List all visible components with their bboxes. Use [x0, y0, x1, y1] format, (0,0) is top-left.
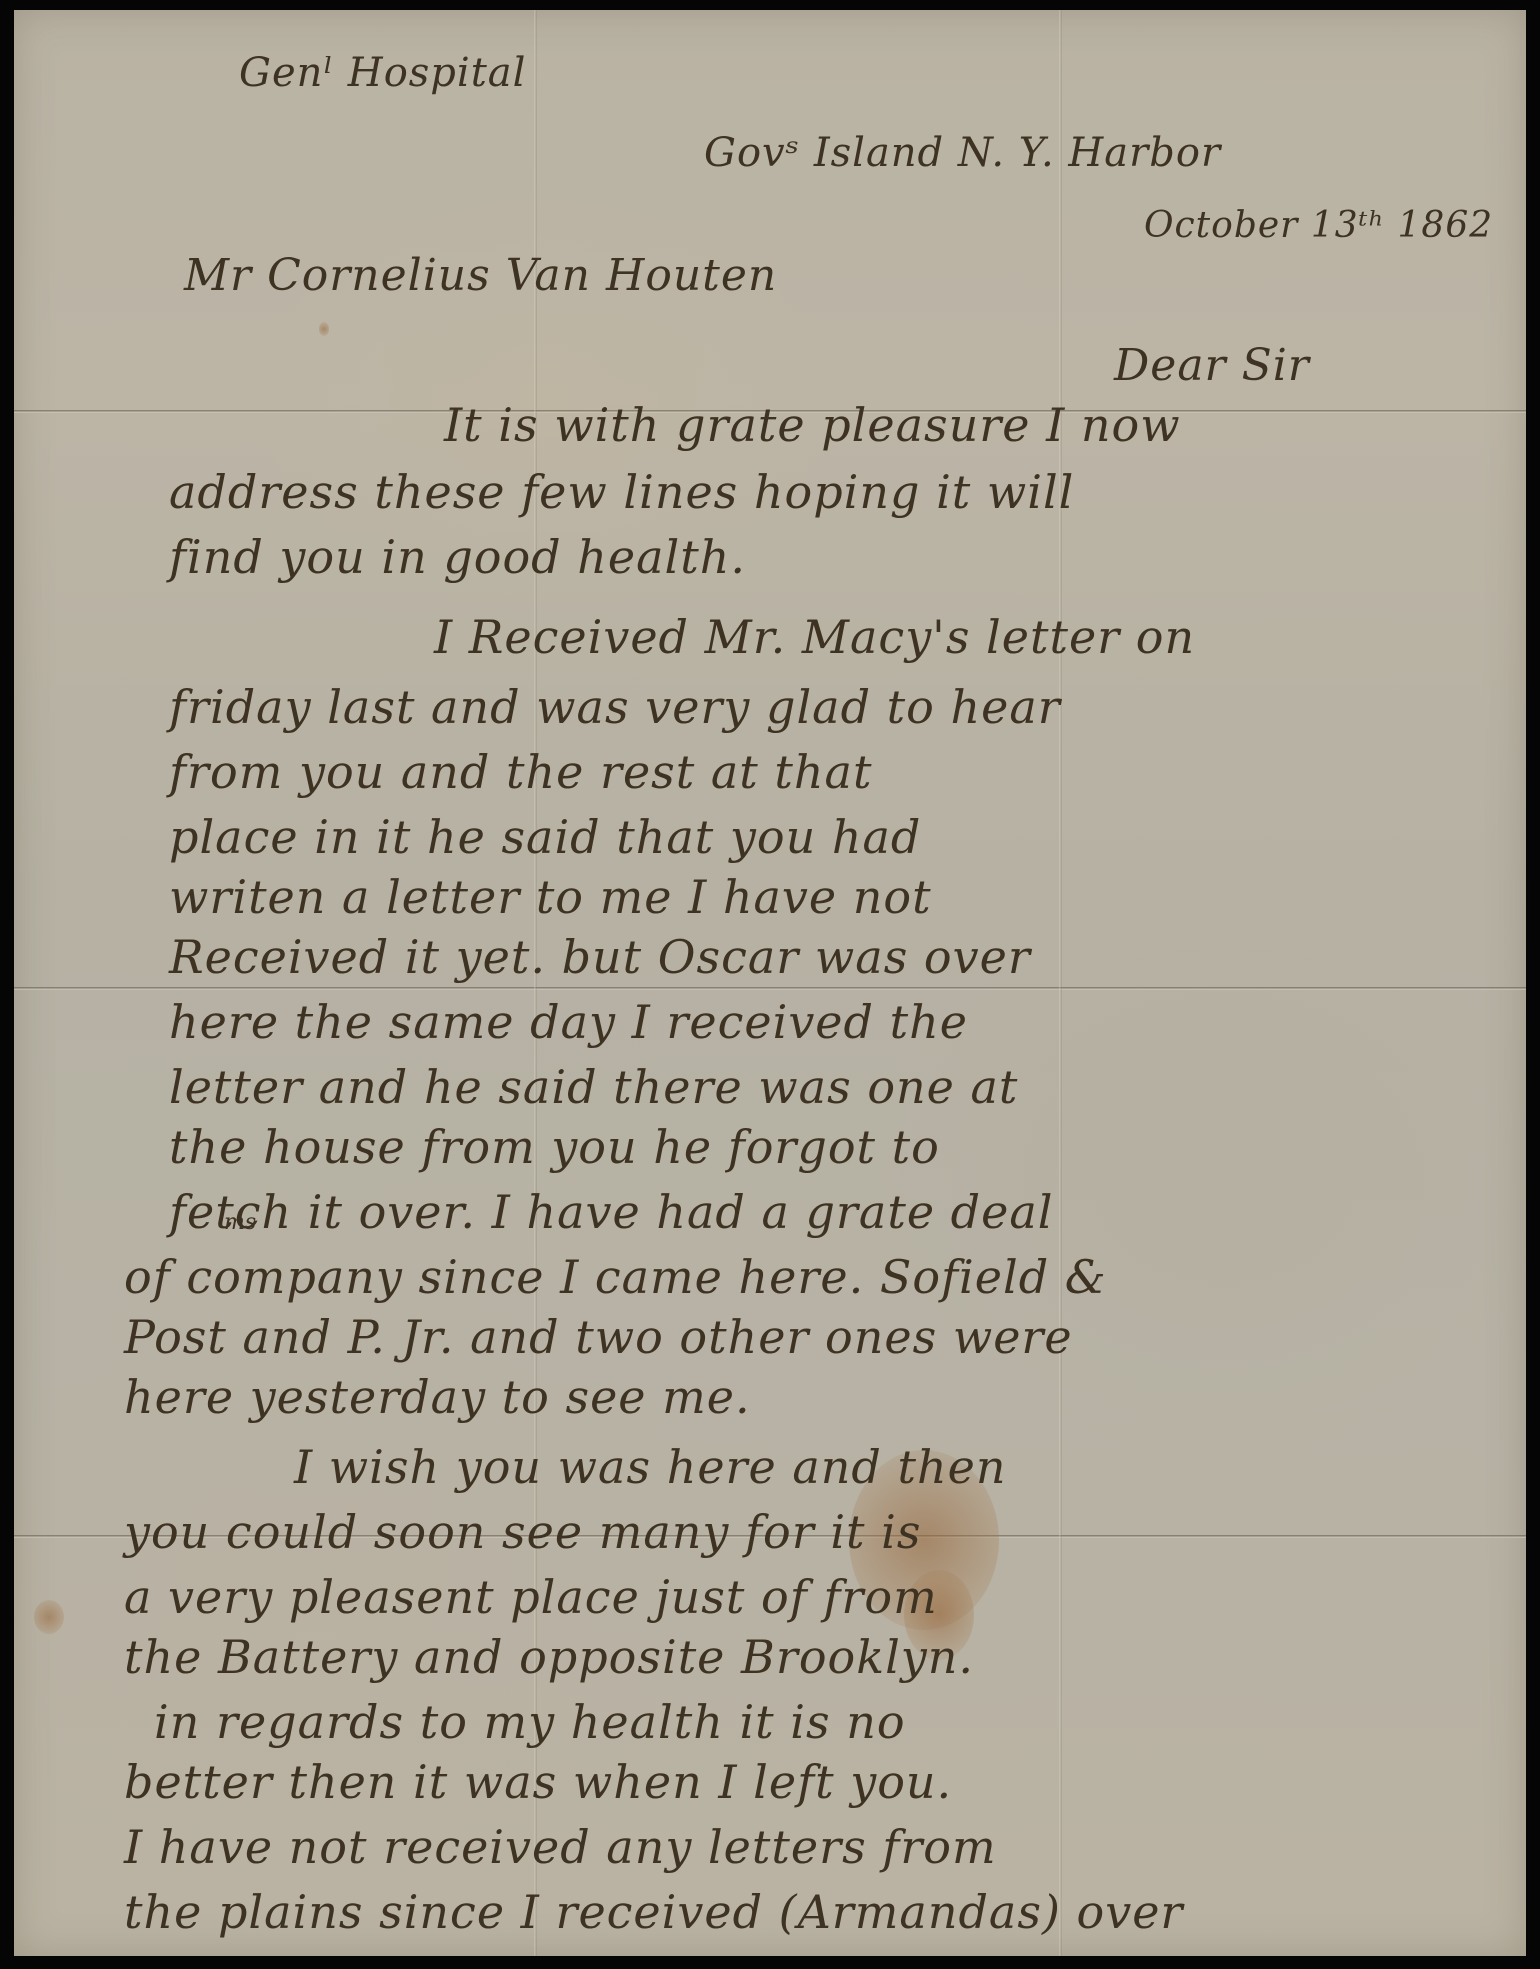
letter-body-line: I wish you was here and then	[294, 1440, 1006, 1494]
letter-body-line: letter and he said there was one at	[169, 1060, 1018, 1114]
letter-body-line: Received it yet. but Oscar was over	[169, 930, 1031, 984]
letter-body-line: Post and P. Jr. and two other ones were	[124, 1310, 1073, 1364]
letter-body-line: you could soon see many for it is	[124, 1505, 921, 1559]
letter-body-line: I Received Mr. Macy's letter on	[434, 610, 1195, 664]
letter-origin: Genˡ Hospital	[239, 50, 526, 96]
letter-body-line: in regards to my health it is no	[154, 1695, 906, 1749]
letter-body-line: the Battery and opposite Brooklyn.	[124, 1630, 974, 1684]
letter-paper: Genˡ Hospital Govˢ Island N. Y. Harbor O…	[14, 10, 1526, 1956]
letter-body-line: find you in good health.	[169, 530, 746, 584]
letter-body-line: here the same day I received the	[169, 995, 968, 1049]
letter-body-line: friday last and was very glad to hear	[169, 680, 1061, 734]
letter-body-line: place in it he said that you had	[169, 810, 921, 864]
letter-body-line: writen a letter to me I have not	[169, 870, 932, 924]
letter-body-line: address these few lines hoping it will	[169, 465, 1074, 519]
letter-body-line: better then it was when I left you.	[124, 1755, 952, 1809]
letter-recipient: Mr Cornelius Van Houten	[184, 250, 777, 301]
letter-body-line: of company since I came here. Sofield &	[124, 1250, 1107, 1304]
letter-location: Govˢ Island N. Y. Harbor	[704, 130, 1221, 176]
letter-body-line: fetch it over. I have had a grate deal	[169, 1185, 1054, 1239]
interlinear-note: ms	[224, 1210, 256, 1235]
fold-crease-middle	[14, 987, 1526, 990]
letter-body-line: here yesterday to see me.	[124, 1370, 751, 1424]
ink-stain	[34, 1600, 64, 1634]
letter-body-line: I have not received any letters from	[124, 1820, 997, 1874]
letter-body-line: It is with grate pleasure I now	[444, 398, 1181, 452]
letter-greeting: Dear Sir	[1114, 340, 1310, 391]
letter-date: October 13ᵗʰ 1862	[1144, 205, 1493, 246]
letter-body-line: the house from you he forgot to	[169, 1120, 940, 1174]
letter-body-line: from you and the rest at that	[169, 745, 872, 799]
letter-body-line: the plains since I received (Armandas) o…	[124, 1885, 1183, 1939]
fold-crease-vertical-right	[1059, 10, 1062, 1956]
letter-body-line: a very pleasent place just of from	[124, 1570, 938, 1624]
ink-spot	[319, 322, 329, 336]
